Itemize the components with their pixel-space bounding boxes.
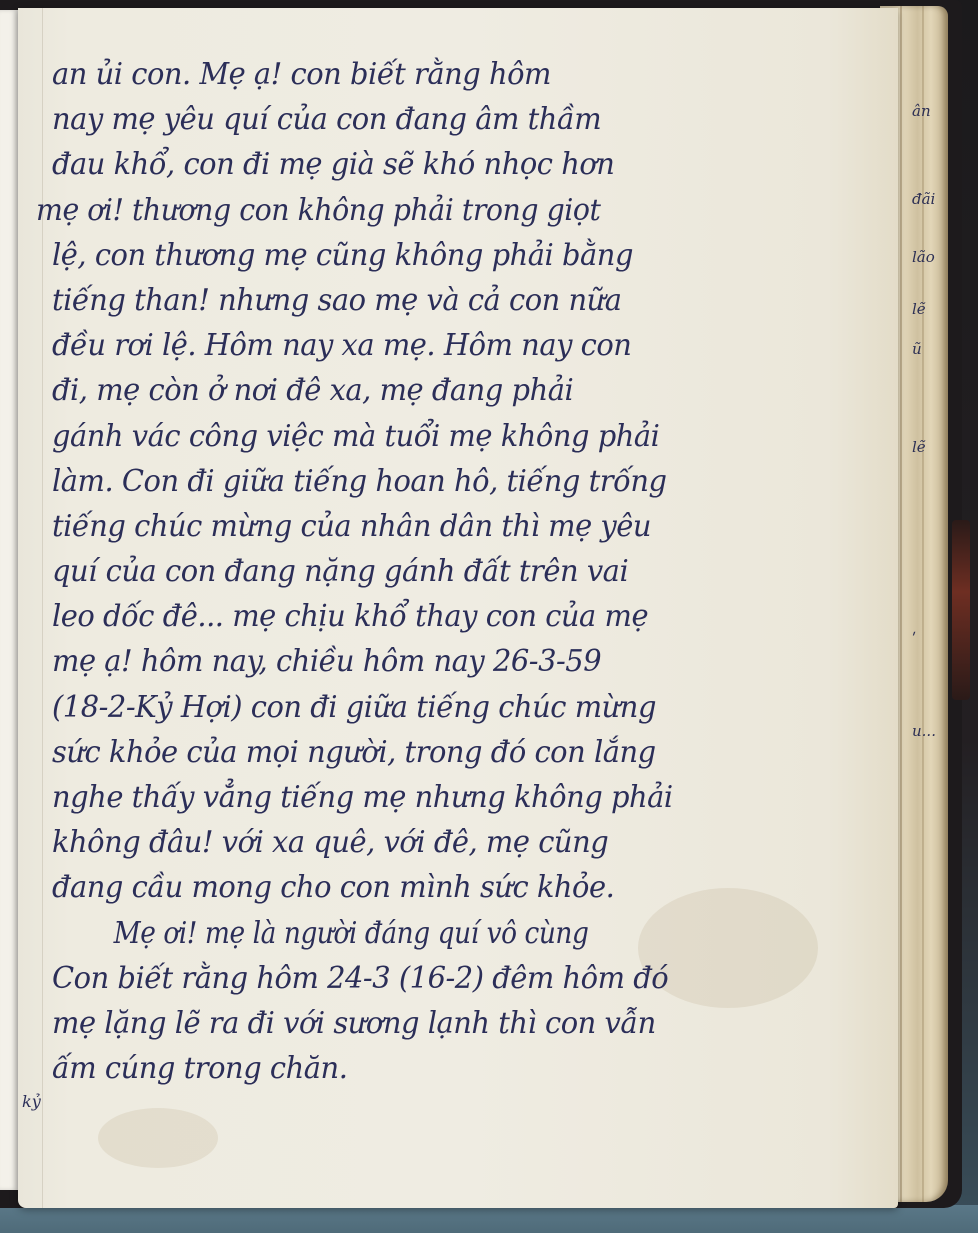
text-line: mẹ ạ! hôm nay, chiều hôm nay 26-3-59	[52, 639, 852, 684]
text-line: không đâu! với xa quê, với đê, mẹ cũng	[52, 820, 852, 865]
text-line: đang cầu mong cho con mình sức khỏe.	[52, 865, 852, 910]
text-line: nay mẹ yêu quí của con đang âm thầm	[52, 97, 852, 142]
text-line: leo dốc đê... mẹ chịu khổ thay con của m…	[52, 594, 852, 639]
paper-stain	[98, 1108, 218, 1168]
margin-mark: đãi	[912, 190, 935, 208]
text-line: (18-2-Kỷ Hợi) con đi giữa tiếng chúc mừn…	[52, 685, 852, 730]
text-line: đau khổ, con đi mẹ già sẽ khó nhọc hơn	[52, 142, 852, 187]
margin-mark: lẽ	[912, 438, 926, 456]
text-line: mẹ ơi! thương con không phải trong giọt	[36, 188, 836, 233]
text-line: đi, mẹ còn ở nơi đê xa, mẹ đang phải	[52, 368, 852, 413]
text-line: quí của con đang nặng gánh đất trên vai	[52, 549, 852, 594]
text-line: tiếng chúc mừng của nhân dân thì mẹ yêu	[52, 504, 852, 549]
text-line: gánh vác công việc mà tuổi mẹ không phải	[52, 414, 852, 459]
text-line: tiếng than! nhưng sao mẹ và cả con nữa	[52, 278, 852, 323]
table-surface	[0, 1205, 978, 1233]
text-line: làm. Con đi giữa tiếng hoan hô, tiếng tr…	[52, 459, 852, 504]
margin-mark: ân	[912, 102, 931, 120]
text-line: lệ, con thương mẹ cũng không phải bằng	[52, 233, 852, 278]
text-line: ấm cúng trong chăn.	[52, 1046, 852, 1091]
text-line: sức khỏe của mọi người, trong đó con lắn…	[52, 730, 852, 775]
facing-page-edge	[0, 10, 18, 1190]
margin-mark: ũ	[912, 340, 922, 358]
text-line: mẹ lặng lẽ ra đi với sương lạnh thì con …	[52, 1001, 852, 1046]
text-line: đều rơi lệ. Hôm nay xa mẹ. Hôm nay con	[52, 323, 852, 368]
margin-mark: u...	[912, 722, 936, 740]
text-line: Con biết rằng hôm 24-3 (16-2) đêm hôm đó	[52, 956, 852, 1001]
margin-mark: ʹ	[912, 630, 916, 648]
text-line: nghe thấy vẳng tiếng mẹ nhưng không phải	[52, 775, 852, 820]
handwritten-text: an ủi con. Mẹ ạ! con biết rằng hôm nay m…	[52, 52, 882, 1091]
right-margin-marks: ân đãi lão lẽ ũ lẽ ʹ u...	[912, 0, 952, 1200]
text-line: Mẹ ơi! mẹ là người đáng quí vô cùng	[52, 911, 782, 956]
margin-mark: lẽ	[912, 300, 926, 318]
margin-mark: lão	[912, 248, 935, 266]
left-marginal-note: kỷ	[22, 1092, 41, 1111]
text-line: an ủi con. Mẹ ạ! con biết rằng hôm	[52, 52, 852, 97]
cover-edge-wear	[952, 520, 970, 700]
